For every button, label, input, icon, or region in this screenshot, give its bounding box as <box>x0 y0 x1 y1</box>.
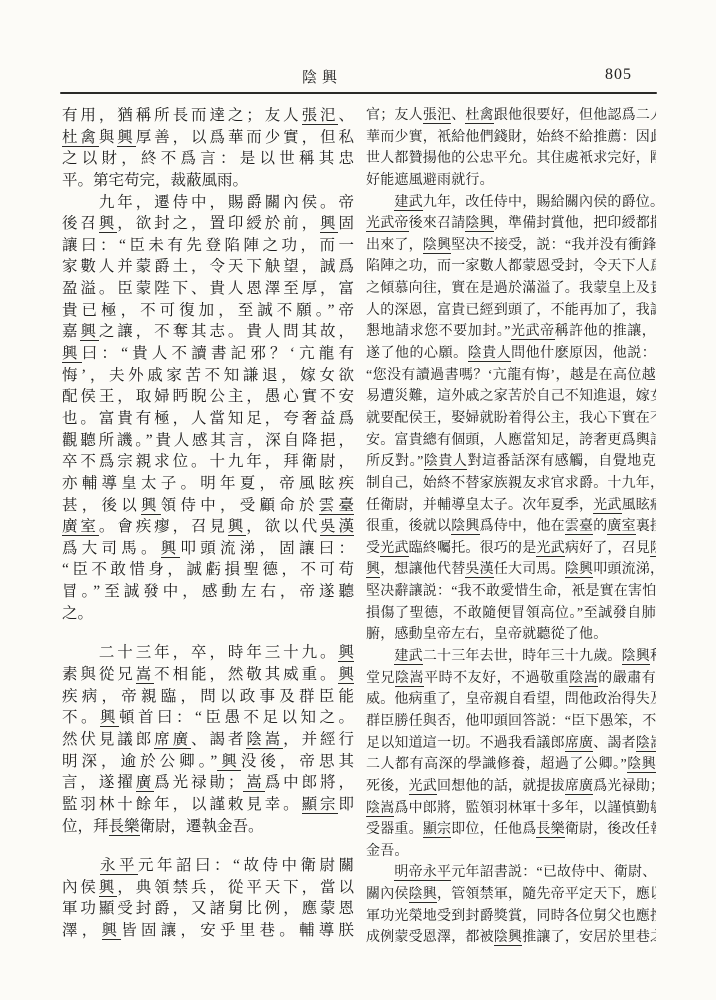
text-run: 人的深恩，富貴已經到頭了，不能再加了，我誠 <box>366 303 656 318</box>
paragraph-gap <box>62 624 354 642</box>
text-line: 配侯王，取婦眄睨公主，愚心實不安 <box>62 386 354 408</box>
text-run: 即 <box>338 796 354 813</box>
text-run: 爲中郎將， <box>265 774 354 791</box>
proper-name-mark: 興 <box>338 666 354 684</box>
text-run: 推讓了，安居於里巷之 <box>522 930 656 945</box>
text-run: ，欲以代 <box>246 518 320 535</box>
proper-name-mark: 廣室 <box>62 518 99 536</box>
text-line: 關內侯陰興，管領禁軍，隨先帝平定天下，應以 <box>366 884 656 906</box>
text-line: 華而少實，衹給他們錢財，始終不給推薦：因此 <box>366 127 656 149</box>
text-run: 卒不爲宗親求位。十九年，拜衛尉， <box>62 453 354 470</box>
proper-name-mark: 永平 <box>423 865 451 881</box>
text-run: 叩頭流涕， <box>593 562 656 577</box>
text-run: 位，拜 <box>62 818 109 835</box>
text-line: 永平元年詔曰：“故侍中衛尉關 <box>62 855 354 877</box>
text-run: 跟他很要好，但他認爲二人 <box>494 108 656 123</box>
text-run: 任大司馬。 <box>494 562 565 577</box>
text-run: 爲中郎將，監領羽林軍十多年，以謹慎勤敏 <box>394 801 656 816</box>
text-line: 觀聽所譏。”貴人感其言，深自降挹， <box>62 430 354 452</box>
page-header: 陰興 805 <box>62 66 656 92</box>
proper-name-mark: 興 <box>228 518 246 536</box>
text-run: 華而少實，衹給他們錢財，始終不給推薦：因此 <box>366 130 656 145</box>
text-run: 。會疾瘳，召見 <box>99 518 228 535</box>
text-run: “臣不敢惜身，誠虧損聖德，不可苟 <box>62 561 354 578</box>
text-line: 堂兄陰嵩平時不友好，不過敬重陰嵩的嚴肅有 <box>366 668 656 690</box>
text-run: 世人都贊揚他的公忠平允。其住處衹求完好，剛 <box>366 151 656 166</box>
proper-name-mark: 陰嵩 <box>246 731 283 749</box>
text-run: 頓首曰：“臣愚不足以知之。 <box>119 709 354 726</box>
text-run: 然伏見議郎 <box>62 731 154 748</box>
text-run: 爲光禄勛； <box>593 779 656 794</box>
text-run: 與 <box>99 129 117 146</box>
proper-name-mark: 興 <box>62 345 82 363</box>
text-run: 對這番話深有感觸，自覺地克 <box>467 454 656 469</box>
text-run: 就要配侯王，娶婦就盼着得公主，我心下實在不 <box>366 411 656 426</box>
text-run: 不。 <box>62 709 100 726</box>
proper-name-mark: 顯宗 <box>423 822 451 838</box>
proper-name-mark: 陰嵩 <box>636 736 656 752</box>
text-run: 任衛尉，并輔導皇太子。次年夏季， <box>366 498 593 513</box>
text-run: ，準備封賞他，把印綬都擺 <box>494 216 656 231</box>
text-run: 風眩病 <box>622 498 656 513</box>
text-run: 金吾。 <box>366 844 409 859</box>
proper-name-mark: 張汜 <box>423 108 451 124</box>
proper-name-mark: 興 <box>102 922 122 940</box>
text-run: 關內侯 <box>366 887 409 902</box>
text-run: 有用，猶稱所長而達之；友人 <box>62 107 302 124</box>
text-run: 即位，任他爲 <box>451 822 536 837</box>
text-line: 建武二十三年去世，時年三十九歲。陰興和 <box>366 646 656 668</box>
text-run: 後來召請 <box>409 216 466 231</box>
proper-name-mark: 嵩 <box>243 774 264 792</box>
proper-name-mark: 光武 <box>536 541 564 557</box>
text-run: 二十三年，卒，時年三十九。 <box>62 644 338 661</box>
text-run: 損傷了聖德，不敢隨便冒領高位。”至誠發自肺 <box>366 606 656 621</box>
text-run: 元年詔曰：“故侍中衛尉關 <box>138 857 354 874</box>
text-run: 、 <box>338 107 354 124</box>
text-run: 讓曰：“臣未有先登陷陣之功，而一 <box>62 237 354 254</box>
text-line: 不。興頓首曰：“臣愚不足以知之。 <box>62 707 354 729</box>
text-run <box>366 649 394 664</box>
proper-name-mark: 興 <box>141 497 161 515</box>
text-run: 受器重。 <box>366 822 423 837</box>
text-line: 金吾。 <box>366 841 656 863</box>
text-line: “您没有讀過書嗎？‘亢龍有悔’，越是在高位越 <box>366 365 656 387</box>
text-run: 軍功光榮地受到封爵獎賞，同時各位舅父也應按 <box>366 909 656 924</box>
text-run: 也。富貴有極，人當知足，夸奢益爲 <box>62 410 354 427</box>
text-line: 有用，猶稱所長而達之；友人張汜、 <box>62 105 354 127</box>
text-run: 衛尉，遷執金吾。 <box>140 818 264 835</box>
text-run: 死後， <box>366 779 409 794</box>
text-line: 嘉興之讓，不奪其志。貴人問其故， <box>62 321 354 343</box>
text-run: 堅决不接受，説：“我并没有衝鋒 <box>451 238 656 253</box>
text-run: 裏接 <box>636 519 656 534</box>
text-run: 嘉 <box>62 323 80 340</box>
text-line: 卒不爲宗親求位。十九年，拜衛尉， <box>62 451 354 473</box>
proper-name-mark: 光武帝 <box>511 324 555 340</box>
text-line: 出來了，陰興堅决不接受，説：“我并没有衝鋒 <box>366 235 656 257</box>
text-run: 內侯 <box>62 879 99 896</box>
text-run: 配侯王，取婦眄睨公主，愚心實不安 <box>62 388 354 405</box>
text-run: 明深，逾於公卿。” <box>62 753 217 770</box>
text-line: 後召興，欲封之，置印綬於前，興固 <box>62 213 354 235</box>
proper-name-mark: 席廣 <box>565 779 593 795</box>
text-run <box>366 195 394 210</box>
proper-name-mark: 興 <box>80 323 98 341</box>
text-run: 堂兄 <box>366 671 395 686</box>
page-title: 陰興 <box>262 66 382 87</box>
text-line: 軍功顯受封爵，又諸舅比例，應蒙恩 <box>62 898 354 920</box>
proper-name-mark: 長樂 <box>536 822 564 838</box>
text-line: 九年，遷侍中，賜爵關內侯。帝 <box>62 192 354 214</box>
text-run: 威。他病重了，皇帝親自看望，問他政治得失及 <box>366 692 656 707</box>
text-line: 也。富貴有極，人當知足，夸奢益爲 <box>62 408 354 430</box>
proper-name-mark: 興 <box>100 709 119 727</box>
text-line: 受器重。顯宗即位，任他爲長樂衛尉，後改任執 <box>366 819 656 841</box>
text-run: 、 <box>451 108 465 123</box>
text-run: 堅决辭讓説：“我不敢愛惜生命，衹是實在害怕 <box>366 584 656 599</box>
text-run: 成例蒙受恩澤，都被 <box>366 930 494 945</box>
proper-name-mark: 興 <box>161 540 181 558</box>
text-line: 受光武臨終囑托。很巧的是光武病好了，召見陰 <box>366 538 656 560</box>
proper-name-mark: 杜禽 <box>62 129 99 147</box>
proper-name-mark: 興 <box>99 215 117 233</box>
text-run: 監羽林十餘年，以謹敕見幸。 <box>62 796 302 813</box>
text-run: 甚，後以 <box>62 497 141 514</box>
text-line: 內侯興，典領禁兵，從平天下，當以 <box>62 877 354 899</box>
text-line: 之傾慕向往，實在是過於滿溢了。我蒙皇上及貴 <box>366 278 656 300</box>
text-run: 陷陣之功，而一家數人都蒙恩受封，令天下人爲 <box>366 259 656 274</box>
text-run: 平。第宅苟完，裁蔽風雨。 <box>62 172 248 189</box>
text-line: 群臣勝任與否，他叩頭回答説：“臣下愚笨，不 <box>366 711 656 733</box>
proper-name-mark: 陰嵩 <box>366 801 394 817</box>
text-run: 冒。”至誠發中，感動左右，帝遂聽 <box>62 583 354 600</box>
proper-name-mark: 吳漢 <box>465 562 493 578</box>
proper-name-mark: 光武 <box>593 498 621 514</box>
text-run: 素與從兄 <box>62 666 136 683</box>
text-line: 監羽林十餘年，以謹敕見幸。顯宗即 <box>62 794 354 816</box>
proper-name-mark: 張汜 <box>302 107 339 125</box>
text-line: 人的深恩，富貴已經到頭了，不能再加了，我誠 <box>366 300 656 322</box>
text-run: 觀聽所譏。”貴人感其言，深自降挹， <box>62 432 354 449</box>
text-line: 光武帝後來召請陰興，準備封賞他，把印綬都擺 <box>366 213 656 235</box>
text-run: 言，遂擢 <box>62 774 136 791</box>
text-line: 懇地請求您不要加封。”光武帝稱許他的推讓， <box>366 321 656 343</box>
text-run: ，欲封之，置印綬於前， <box>117 215 320 232</box>
text-run: 後召 <box>62 215 99 232</box>
text-run: 腑，感動皇帝左右，皇帝就聽從了他。 <box>366 627 607 642</box>
text-run: 之讓，不奪其志。貴人問其故， <box>99 323 354 340</box>
text-run: 、謁者 <box>191 731 246 748</box>
text-run: 和 <box>650 649 656 664</box>
text-run: 好能遮風避雨就行。 <box>366 173 494 188</box>
text-run: 二十三年去世，時年三十九歲。 <box>423 649 622 664</box>
text-line: 澤，興皆固讓，安乎里巷。輔導朕 <box>62 920 354 942</box>
proper-name-mark: 陰興 <box>465 216 493 232</box>
proper-name-mark: 廣室 <box>607 519 635 535</box>
text-run: 足以知道這一切。不過我看議郎 <box>366 736 565 751</box>
text-run: 軍功顯受封爵，又諸舅比例，應蒙恩 <box>62 900 354 917</box>
text-run: 的 <box>593 519 607 534</box>
text-line: 言，遂擢廣爲光禄勛；嵩爲中郎將， <box>62 772 354 794</box>
proper-name-mark: 光武帝 <box>366 216 409 232</box>
text-line: 官；友人張汜、杜禽跟他很要好，但他認爲二人 <box>366 105 656 127</box>
proper-name-mark: 長樂 <box>109 818 140 836</box>
page-number: 805 <box>605 66 632 84</box>
text-line: 陷陣之功，而一家數人都蒙恩受封，令天下人爲 <box>366 256 656 278</box>
text-line: 明深，逾於公卿。”興没後，帝思其 <box>62 751 354 773</box>
text-run: 叩頭流涕，固讓曰： <box>180 540 353 557</box>
text-run: 盈溢。臣蒙陛下、貴人恩澤至厚，富 <box>62 280 354 297</box>
text-line: 建武九年，改任侍中，賜給關內侯的爵位。 <box>366 192 656 214</box>
text-line: 安。富貴總有個頭，人應當知足，誇奢更爲輿論 <box>366 430 656 452</box>
text-run: ，管領禁軍，隨先帝平定天下，應以 <box>437 887 656 902</box>
text-run: ，想讓他代替 <box>380 562 465 577</box>
text-run: 問他什麽原因，他説： <box>511 346 656 361</box>
proper-name-mark: 興 <box>99 879 117 897</box>
text-run: 之以財，終不爲言：是以世稱其忠 <box>62 150 354 167</box>
text-run: 固 <box>338 215 354 232</box>
proper-name-mark: 雲臺 <box>319 497 354 515</box>
proper-name-mark: 嵩 <box>136 666 154 684</box>
text-line: 明帝永平元年詔書説：“已故侍中、衛尉、 <box>366 862 656 884</box>
proper-name-mark: 興 <box>217 753 241 771</box>
text-line: 世人都贊揚他的公忠平允。其住處衹求完好，剛 <box>366 148 656 170</box>
text-run: 臨終囑托。很巧的是 <box>409 541 537 556</box>
text-line: 二人都有高深的學識修養，超過了公卿。”陰興 <box>366 754 656 776</box>
text-run: 厚善，以爲華而少實，但私 <box>136 129 354 146</box>
text-run: 稱許他的推讓， <box>555 324 656 339</box>
text-run <box>366 865 394 880</box>
text-run: 病好了，召見 <box>565 541 650 556</box>
classical-text-column: 有用，猶稱所長而達之；友人張汜、杜禽與興厚善，以爲華而少實，但私之以財，終不爲言… <box>62 105 354 942</box>
text-run: ，并經行 <box>283 731 354 748</box>
text-run: 曰：“貴人不讀書記邪？‘亢龍有 <box>82 345 354 362</box>
text-line: 堅决辭讓説：“我不敢愛惜生命，衹是實在害怕 <box>366 581 656 603</box>
proper-name-mark: 雲臺 <box>565 519 593 535</box>
proper-name-mark: 陰興 <box>622 649 650 665</box>
text-run: 爲大司馬。 <box>62 540 161 557</box>
proper-name-mark: 陰嵩 <box>569 671 598 687</box>
text-run: 九年，遷侍中，賜爵關內侯。帝 <box>62 194 354 211</box>
text-run: 不相能，然敬其威重。 <box>154 666 338 683</box>
text-line: 就要配侯王，娶婦就盼着得公主，我心下實在不 <box>366 408 656 430</box>
text-run: 元年詔書説：“已故侍中、衛尉、 <box>451 865 656 880</box>
proper-name-mark: 陰貴人 <box>468 346 512 362</box>
text-line: 之。 <box>62 603 354 625</box>
text-run: ，典領禁兵，從平天下，當以 <box>117 879 354 896</box>
text-line: 廣室。會疾瘳，召見興，欲以代吳漢 <box>62 516 354 538</box>
text-run: 官；友人 <box>366 108 423 123</box>
text-line: 盈溢。臣蒙陛下、貴人恩澤至厚，富 <box>62 278 354 300</box>
text-line: 遂了他的心願。陰貴人問他什麽原因，他説： <box>366 343 656 365</box>
text-line: 杜禽與興厚善，以爲華而少實，但私 <box>62 127 354 149</box>
proper-name-mark: 興 <box>320 215 338 233</box>
proper-name-mark: 陰興 <box>451 519 479 535</box>
text-run: 爲光禄勛； <box>154 774 243 791</box>
proper-name-mark: 興 <box>338 644 354 662</box>
proper-name-mark: 陰興 <box>423 238 451 254</box>
book-page-scan: 陰興 805 有用，猶稱所長而達之；友人張汜、杜禽與興厚善，以爲華而少實，但私之… <box>0 0 716 1000</box>
text-line: 陰嵩爲中郎將，監領羽林軍十多年，以謹慎勤敏 <box>366 798 656 820</box>
text-run: 平時不友好，不過敬重 <box>424 671 569 686</box>
text-run: 出來了， <box>366 238 423 253</box>
text-run <box>62 857 100 874</box>
text-line: 很重，後就以陰興爲侍中，他在雲臺的廣室裏接 <box>366 516 656 538</box>
proper-name-mark: 明帝 <box>394 865 422 881</box>
text-line: 悔’，夫外戚家苦不知謙退，嫁女欲 <box>62 365 354 387</box>
text-line: 爲大司馬。興叩頭流涕，固讓曰： <box>62 538 354 560</box>
text-run: 之傾慕向往，實在是過於滿溢了。我蒙皇上及貴 <box>366 281 656 296</box>
text-line: 讓曰：“臣未有先登陷陣之功，而一 <box>62 235 354 257</box>
text-line: 所反對。”陰貴人對這番話深有感觸，自覺地克 <box>366 451 656 473</box>
text-line: 興曰：“貴人不讀書記邪？‘亢龍有 <box>62 343 354 365</box>
text-run: 、謁者 <box>593 736 636 751</box>
proper-name-mark: 光武 <box>380 541 408 557</box>
text-run: 疾病，帝親臨，問以政事及群臣能 <box>62 688 354 705</box>
text-line: 足以知道這一切。不過我看議郎席廣、謁者陰嵩 <box>366 733 656 755</box>
text-run: 所反對。” <box>366 454 424 469</box>
text-line: 之以財，終不爲言：是以世稱其忠 <box>62 148 354 170</box>
text-line: 腑，感動皇帝左右，皇帝就聽從了他。 <box>366 624 656 646</box>
text-line: 任衛尉，并輔導皇太子。次年夏季，光武風眩病 <box>366 495 656 517</box>
proper-name-mark: 杜禽 <box>465 108 493 124</box>
proper-name-mark: 興 <box>117 129 135 147</box>
text-line: 好能遮風避雨就行。 <box>366 170 656 192</box>
text-run: 爲侍中，他在 <box>480 519 565 534</box>
text-line: 死後，光武回想他的話，就提拔席廣爲光禄勛； <box>366 776 656 798</box>
text-line: 軍功光榮地受到封爵獎賞，同時各位舅父也應按 <box>366 906 656 928</box>
text-line: 亦輔導皇太子。明年夏，帝風眩疾 <box>62 473 354 495</box>
text-line: 疾病，帝親臨，問以政事及群臣能 <box>62 686 354 708</box>
proper-name-mark: 建武 <box>394 195 422 211</box>
text-run: 家數人并蒙爵土，令天下觖望，誠爲 <box>62 258 354 275</box>
proper-name-mark: 永平 <box>100 857 138 875</box>
text-line: 冒。”至誠發中，感動左右，帝遂聽 <box>62 581 354 603</box>
proper-name-mark: 陰嵩 <box>395 671 424 687</box>
text-run: 衛尉，後改任執 <box>565 822 656 837</box>
proper-name-mark: 吳漢 <box>320 518 354 536</box>
text-run: 回想他的話，就提拔 <box>437 779 565 794</box>
text-line: 威。他病重了，皇帝親自看望，問他政治得失及 <box>366 689 656 711</box>
text-line: 甚，後以興領侍中，受顧命於雲臺 <box>62 495 354 517</box>
text-run: 没後，帝思其 <box>241 753 354 770</box>
text-run: 的嚴肅有 <box>598 671 656 686</box>
text-run: 九年，改任侍中，賜給關內侯的爵位。 <box>423 195 656 210</box>
text-line: 損傷了聖德，不敢隨便冒領高位。”至誠發自肺 <box>366 603 656 625</box>
text-line: 家數人并蒙爵土，令天下觖望，誠爲 <box>62 256 354 278</box>
text-line: 制自己，始終不替家族親友求官求爵。十九年， <box>366 473 656 495</box>
text-run: 之。 <box>62 605 93 622</box>
proper-name-mark: 興 <box>366 562 380 578</box>
proper-name-mark: 陰興 <box>565 562 593 578</box>
text-run: 懇地請求您不要加封。” <box>366 324 511 339</box>
proper-name-mark: 陰 <box>650 541 656 557</box>
text-run: 受 <box>366 541 380 556</box>
text-line: 位，拜長樂衛尉，遷執金吾。 <box>62 816 354 838</box>
text-run: 安。富貴總有個頭，人應當知足，誇奢更爲輿論 <box>366 433 656 448</box>
text-run: 很重，後就以 <box>366 519 451 534</box>
proper-name-mark: 顯宗 <box>302 796 339 814</box>
text-run: “您没有讀過書嗎？‘亢龍有悔’，越是在高位越 <box>366 368 656 383</box>
text-line: 素與從兄嵩不相能，然敬其威重。興 <box>62 664 354 686</box>
text-line: “臣不敢惜身，誠虧損聖德，不可苟 <box>62 559 354 581</box>
text-line: 平。第宅苟完，裁蔽風雨。 <box>62 170 354 192</box>
text-line: 貴已極，不可復加，至誠不願。”帝 <box>62 300 354 322</box>
proper-name-mark: 席廣 <box>154 731 191 749</box>
translation-text-column: 官；友人張汜、杜禽跟他很要好，但他認爲二人華而少實，衹給他們錢財，始終不給推薦：… <box>366 105 656 949</box>
proper-name-mark: 陰貴人 <box>424 454 468 470</box>
text-run: 亦輔導皇太子。明年夏，帝風眩疾 <box>62 475 354 492</box>
proper-name-mark: 廣 <box>136 774 154 792</box>
proper-name-mark: 光武 <box>409 779 437 795</box>
header-rule <box>60 92 657 94</box>
text-run: 易遭災難，這外戚之家苦於自己不知進退，嫁女 <box>366 389 656 404</box>
text-run: 澤， <box>62 922 102 939</box>
proper-name-mark: 席廣 <box>565 736 593 752</box>
text-line: 成例蒙受恩澤，都被陰興推讓了，安居於里巷之 <box>366 927 656 949</box>
text-run: 悔’，夫外戚家苦不知謙退，嫁女欲 <box>62 367 354 384</box>
proper-name-mark: 陰興 <box>494 930 522 946</box>
proper-name-mark: 陰興 <box>627 757 656 773</box>
text-line: 易遭災難，這外戚之家苦於自己不知進退，嫁女 <box>366 386 656 408</box>
text-run: 遂了他的心願。 <box>366 346 468 361</box>
text-line: 然伏見議郎席廣、謁者陰嵩，并經行 <box>62 729 354 751</box>
text-line: 二十三年，卒，時年三十九。興 <box>62 642 354 664</box>
paragraph-gap <box>62 837 354 855</box>
text-run: 制自己，始終不替家族親友求官求爵。十九年， <box>366 476 656 491</box>
proper-name-mark: 建武 <box>394 649 422 665</box>
text-run: 二人都有高深的學識修養，超過了公卿。” <box>366 757 627 772</box>
text-run: 領侍中，受顧命於 <box>161 497 319 514</box>
text-line: 興，想讓他代替吳漢任大司馬。陰興叩頭流涕， <box>366 559 656 581</box>
proper-name-mark: 陰興 <box>409 887 437 903</box>
text-run: 皆固讓，安乎里巷。輔導朕 <box>121 922 354 939</box>
text-run: 貴已極，不可復加，至誠不願。”帝 <box>62 302 354 319</box>
text-run: 群臣勝任與否，他叩頭回答説：“臣下愚笨，不 <box>366 714 656 729</box>
